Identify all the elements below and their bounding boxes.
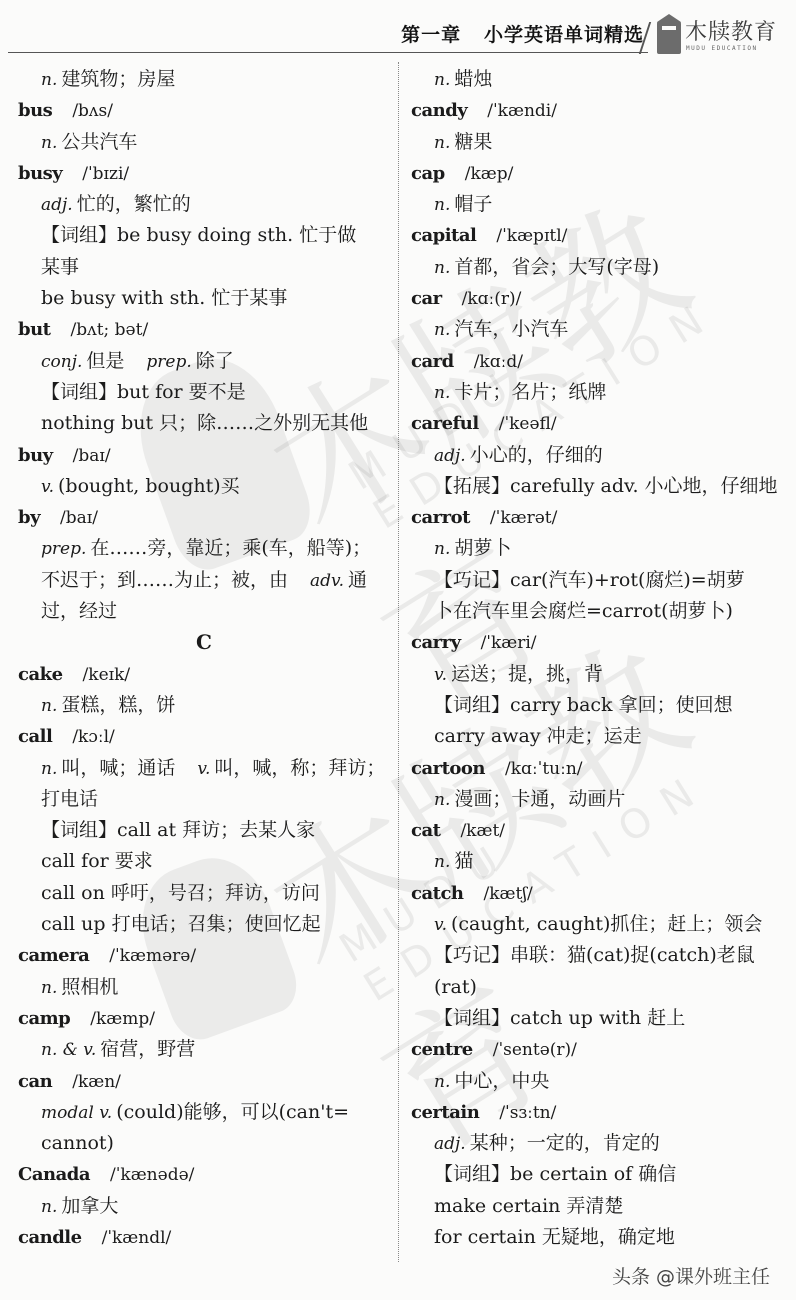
part-of-speech: prep. (146, 352, 191, 372)
phrase-line: 卜在汽车里会腐烂=carrot(胡萝卜) (411, 596, 789, 627)
definition-line: n.胡萝卜 (411, 533, 789, 564)
definition-text: 【词组】be certain of 确信 (434, 1163, 676, 1185)
phrase-line: 【词组】be certain of 确信 (411, 1159, 789, 1190)
definition-text: 在……旁，靠近；乘(车，船等)； (90, 537, 371, 559)
definition-line: n.建筑物；房屋 (18, 64, 390, 95)
entry-headword-line: carry/ˈkæri/ (411, 627, 789, 658)
chapter-title: 第一章 小学英语单词精选 (401, 20, 644, 47)
definition-line: n.中心，中央 (411, 1066, 789, 1097)
definition-line: conj.但是prep.除了 (18, 346, 390, 377)
definition-line: adj.忙的，繁忙的 (18, 189, 390, 220)
phrase-line: 【巧记】串联：猫(cat)捉(catch)老鼠 (411, 940, 789, 971)
part-of-speech: n. (434, 383, 450, 403)
phonetic: /keɪk/ (83, 665, 131, 685)
definition-line: n.蛋糕，糕，饼 (18, 690, 390, 721)
phrase-line: make certain 弄清楚 (411, 1191, 789, 1222)
headword: capital (411, 225, 476, 246)
part-of-speech: n. (434, 70, 450, 90)
logo-name: 木牍教育 (685, 15, 777, 46)
definition-text: 【词组】call at 拜访；去某人家 (41, 819, 315, 841)
headword: centre (411, 1039, 473, 1060)
definition-text: 卡片；名片；纸牌 (454, 381, 606, 403)
definition-text: 汽车，小汽车 (454, 318, 568, 340)
part-of-speech: adj. (434, 446, 466, 466)
phonetic: /kɑː(r)/ (462, 289, 522, 309)
definition-text: 叫，喊；通话 (61, 757, 175, 779)
part-of-speech: conj. (41, 352, 82, 372)
phrase-line: for certain 无疑地，确定地 (411, 1222, 789, 1253)
phonetic: /ˈkæpɪtl/ (496, 226, 567, 246)
headword: by (18, 507, 40, 528)
definition-text: 蛋糕，糕，饼 (61, 694, 175, 716)
definition-text: 中心，中央 (454, 1070, 549, 1092)
phonetic: /ˈkændi/ (487, 101, 557, 121)
definition-text: 通 (348, 569, 367, 591)
phrase-line: nothing but 只；除……之外别无其他 (18, 408, 390, 439)
definition-text: 胡萝卜 (454, 537, 511, 559)
phrase-line: 【词组】but for 要不是 (18, 377, 390, 408)
headword: certain (411, 1102, 479, 1123)
definition-line: n.加拿大 (18, 1191, 390, 1222)
part-of-speech: n. (41, 759, 57, 779)
entry-headword-line: car/kɑː(r)/ (411, 283, 789, 314)
phonetic: /kæn/ (72, 1072, 121, 1092)
header-rule (8, 52, 648, 53)
definition-line: n.卡片；名片；纸牌 (411, 377, 789, 408)
entry-headword-line: catch/kætʃ/ (411, 878, 789, 909)
phonetic: /baɪ/ (60, 508, 98, 528)
entry-headword-line: bus/bʌs/ (18, 95, 390, 126)
definition-text: 除了 (196, 350, 234, 372)
part-of-speech: n. (434, 539, 450, 559)
headword: camp (18, 1008, 70, 1029)
page-header: 第一章 小学英语单词精选 木牍教育 MUDU EDUCATION (0, 0, 796, 62)
part-of-speech: modal v. (41, 1103, 112, 1123)
definition-line: n.照相机 (18, 972, 390, 1003)
definition-text: 【巧记】car(汽车)+rot(腐烂)=胡萝 (434, 569, 745, 591)
definition-text: 公共汽车 (61, 131, 137, 153)
phonetic: /kɑːˈtuːn/ (505, 759, 583, 779)
definition-line: n. & v.宿营，野营 (18, 1034, 390, 1065)
definition-text: nothing but 只；除……之外别无其他 (41, 412, 368, 434)
phonetic: /kɑːd/ (474, 352, 523, 372)
definition-line: n.帽子 (411, 189, 789, 220)
phonetic: /ˈkæri/ (481, 633, 537, 653)
entry-headword-line: cake/keɪk/ (18, 659, 390, 690)
phonetic: /ˈsentə(r)/ (493, 1040, 577, 1060)
definition-text: 【词组】catch up with 赶上 (434, 1007, 685, 1029)
phonetic: /ˈkændl/ (102, 1228, 172, 1248)
definition-line: v.(bought, bought)买 (18, 471, 390, 502)
entry-headword-line: Canada/ˈkænədə/ (18, 1159, 390, 1190)
part-of-speech: adv. (310, 571, 344, 591)
logo-subtitle: MUDU EDUCATION (686, 45, 758, 52)
definition-line: n.公共汽车 (18, 127, 390, 158)
entry-headword-line: careful/ˈkeəfl/ (411, 408, 789, 439)
phrase-line: 【词组】be busy doing sth. 忙于做 (18, 220, 390, 251)
definition-line: adj.小心的，仔细的 (411, 440, 789, 471)
entry-headword-line: camp/kæmp/ (18, 1003, 390, 1034)
definition-text: (could)能够，可以(can't= (116, 1101, 349, 1123)
definition-text: 糖果 (454, 131, 492, 153)
part-of-speech: adj. (434, 1134, 466, 1154)
definition-text: (bought, bought)买 (58, 475, 240, 497)
continuation-line: cannot) (18, 1128, 390, 1159)
definition-text: 猫 (454, 850, 473, 872)
phrase-line: call up 打电话；召集；使回忆起 (18, 909, 390, 940)
definition-line: n.首都，省会；大写(字母) (411, 252, 789, 283)
phonetic: /kæt/ (460, 821, 505, 841)
phonetic: /ˈbɪzi/ (82, 164, 129, 184)
headword: carry (411, 632, 461, 653)
definition-text: for certain 无疑地，确定地 (434, 1226, 675, 1248)
definition-line: modal v.(could)能够，可以(can't= (18, 1097, 390, 1128)
definition-text: 叫，喊，称；拜访； (214, 757, 385, 779)
part-of-speech: n. (434, 790, 450, 810)
definition-line: v.运送；提，挑，背 (411, 659, 789, 690)
phonetic: /ˈkærət/ (490, 508, 557, 528)
definition-text: (rat) (434, 976, 477, 998)
phrase-line: 【巧记】car(汽车)+rot(腐烂)=胡萝 (411, 565, 789, 596)
headword: carrot (411, 507, 470, 528)
phrase-line: 【词组】catch up with 赶上 (411, 1003, 789, 1034)
definition-text: 【词组】be busy doing sth. 忙于做 (41, 224, 356, 246)
entry-headword-line: can/kæn/ (18, 1066, 390, 1097)
entry-headword-line: carrot/ˈkærət/ (411, 502, 789, 533)
phrase-line: call on 呼吁，号召；拜访，访问 (18, 878, 390, 909)
headword: Canada (18, 1164, 90, 1185)
headword: candle (18, 1227, 82, 1248)
phonetic: /kæp/ (465, 164, 514, 184)
entry-headword-line: camera/ˈkæmərə/ (18, 940, 390, 971)
phonetic: /bʌs/ (72, 101, 113, 121)
phrase-line: 【拓展】carefully adv. 小心地，仔细地 (411, 471, 789, 502)
part-of-speech: n. (434, 852, 450, 872)
part-of-speech: n. (434, 133, 450, 153)
entry-headword-line: certain/ˈsɜːtn/ (411, 1097, 789, 1128)
entry-headword-line: cat/kæt/ (411, 815, 789, 846)
definition-text: 加拿大 (61, 1195, 118, 1217)
definition-text: 小心的，仔细的 (470, 444, 603, 466)
headword: cap (411, 163, 445, 184)
phonetic: /ˈkæmərə/ (109, 946, 196, 966)
part-of-speech: n. (41, 1197, 57, 1217)
entry-headword-line: candle/ˈkændl/ (18, 1222, 390, 1253)
part-of-speech: n. (434, 195, 450, 215)
phonetic: /ˈkænədə/ (110, 1165, 194, 1185)
continuation-line: 打电话 (18, 784, 390, 815)
continuation-line: 过，经过 (18, 596, 390, 627)
part-of-speech: v. (434, 665, 447, 685)
column-divider (398, 62, 399, 1262)
definition-text: 照相机 (61, 976, 118, 998)
definition-text: carry away 冲走；运走 (434, 725, 642, 747)
definition-text: make certain 弄清楚 (434, 1195, 623, 1217)
headword: cartoon (411, 758, 485, 779)
definition-text: 不迟于；到……为止；被，由 (41, 569, 288, 591)
definition-text: 【词组】but for 要不是 (41, 381, 246, 403)
logo-mark-icon (657, 14, 681, 54)
part-of-speech: n. (434, 320, 450, 340)
right-column: n.蜡烛candy/ˈkændi/n.糖果cap/kæp/n.帽子capital… (411, 64, 789, 1253)
definition-line: n.叫，喊；通话v.叫，喊，称；拜访； (18, 753, 390, 784)
headword: bus (18, 100, 52, 121)
part-of-speech: adj. (41, 195, 73, 215)
section-letter: C (18, 627, 390, 658)
entry-headword-line: call/kɔːl/ (18, 721, 390, 752)
publisher-logo: 木牍教育 MUDU EDUCATION (655, 12, 791, 58)
entry-headword-line: candy/ˈkændi/ (411, 95, 789, 126)
definition-line: prep.在……旁，靠近；乘(车，船等)； (18, 533, 390, 564)
definition-text: cannot) (41, 1132, 114, 1154)
entry-headword-line: capital/ˈkæpɪtl/ (411, 220, 789, 251)
phrase-line: (rat) (411, 972, 789, 1003)
headword: car (411, 288, 442, 309)
phonetic: /kætʃ/ (483, 884, 532, 904)
definition-text: 过，经过 (41, 600, 117, 622)
headword: can (18, 1071, 52, 1092)
left-column: n.建筑物；房屋bus/bʌs/n.公共汽车busy/ˈbɪzi/adj.忙的，… (18, 64, 390, 1253)
section-letter-text: C (196, 630, 212, 654)
entry-headword-line: cartoon/kɑːˈtuːn/ (411, 753, 789, 784)
definition-text: (caught, caught)抓住；赶上；领会 (451, 913, 762, 935)
headword: card (411, 351, 454, 372)
part-of-speech: n. & v. (41, 1040, 96, 1060)
phrase-line: 【词组】carry back 拿回；使回想 (411, 690, 789, 721)
definition-text: 宿营，野营 (100, 1038, 195, 1060)
phrase-line: 【词组】call at 拜访；去某人家 (18, 815, 390, 846)
part-of-speech: v. (197, 759, 210, 779)
definition-text: call up 打电话；召集；使回忆起 (41, 913, 321, 935)
definition-text: call for 要求 (41, 850, 153, 872)
part-of-speech: v. (41, 477, 54, 497)
definition-line: n.糖果 (411, 127, 789, 158)
definition-line: n.猫 (411, 846, 789, 877)
definition-text: 蜡烛 (454, 68, 492, 90)
definition-line: n.汽车，小汽车 (411, 314, 789, 345)
definition-text: be busy with sth. 忙于某事 (41, 287, 287, 309)
phonetic: /ˈkeəfl/ (499, 414, 557, 434)
phonetic: /ˈsɜːtn/ (499, 1103, 556, 1123)
definition-text: 但是 (86, 350, 124, 372)
entry-headword-line: centre/ˈsentə(r)/ (411, 1034, 789, 1065)
definition-line: v.(caught, caught)抓住；赶上；领会 (411, 909, 789, 940)
part-of-speech: n. (41, 696, 57, 716)
part-of-speech: n. (434, 258, 450, 278)
definition-text: 某事 (41, 256, 79, 278)
phonetic: /kæmp/ (90, 1009, 155, 1029)
footer-credit: 头条 @课外班主任 (612, 1262, 770, 1289)
entry-headword-line: but/bʌt; bət/ (18, 314, 390, 345)
definition-text: 漫画；卡通，动画片 (454, 788, 625, 810)
definition-line: n.漫画；卡通，动画片 (411, 784, 789, 815)
definition-text: 【拓展】carefully adv. 小心地，仔细地 (434, 475, 778, 497)
definition-text: call on 呼吁，号召；拜访，访问 (41, 882, 320, 904)
headword: careful (411, 413, 479, 434)
part-of-speech: n. (41, 133, 57, 153)
part-of-speech: n. (41, 70, 57, 90)
definition-text: 打电话 (41, 788, 98, 810)
phonetic: /kɔːl/ (72, 727, 114, 747)
headword: cat (411, 820, 440, 841)
headword: camera (18, 945, 89, 966)
continuation-line: 某事 (18, 252, 390, 283)
headword: call (18, 726, 52, 747)
definition-text: 【巧记】串联：猫(cat)捉(catch)老鼠 (434, 944, 755, 966)
headword: busy (18, 163, 62, 184)
definition-text: 忙的，繁忙的 (77, 193, 191, 215)
entry-headword-line: card/kɑːd/ (411, 346, 789, 377)
headword: buy (18, 445, 53, 466)
entry-headword-line: busy/ˈbɪzi/ (18, 158, 390, 189)
definition-line: adj.某种；一定的，肯定的 (411, 1128, 789, 1159)
entry-headword-line: by/baɪ/ (18, 502, 390, 533)
entry-headword-line: buy/baɪ/ (18, 440, 390, 471)
definition-text: 建筑物；房屋 (61, 68, 175, 90)
part-of-speech: n. (434, 1072, 450, 1092)
definition-line: n.蜡烛 (411, 64, 789, 95)
definition-text: 【词组】carry back 拿回；使回想 (434, 694, 733, 716)
part-of-speech: prep. (41, 539, 86, 559)
headword: but (18, 319, 51, 340)
definition-text: 运送；提，挑，背 (451, 663, 603, 685)
definition-text: 帽子 (454, 193, 492, 215)
phonetic: /baɪ/ (73, 446, 111, 466)
phrase-line: carry away 冲走；运走 (411, 721, 789, 752)
phrase-line: call for 要求 (18, 846, 390, 877)
continuation-line: 不迟于；到……为止；被，由adv.通 (18, 565, 390, 596)
headword: cake (18, 664, 63, 685)
headword: catch (411, 883, 463, 904)
definition-text: 首都，省会；大写(字母) (454, 256, 659, 278)
part-of-speech: n. (41, 978, 57, 998)
part-of-speech: v. (434, 915, 447, 935)
entry-headword-line: cap/kæp/ (411, 158, 789, 189)
phrase-line: be busy with sth. 忙于某事 (18, 283, 390, 314)
headword: candy (411, 100, 467, 121)
phonetic: /bʌt; bət/ (71, 320, 149, 340)
definition-text: 卜在汽车里会腐烂=carrot(胡萝卜) (434, 600, 733, 622)
definition-text: 某种；一定的，肯定的 (470, 1132, 660, 1154)
